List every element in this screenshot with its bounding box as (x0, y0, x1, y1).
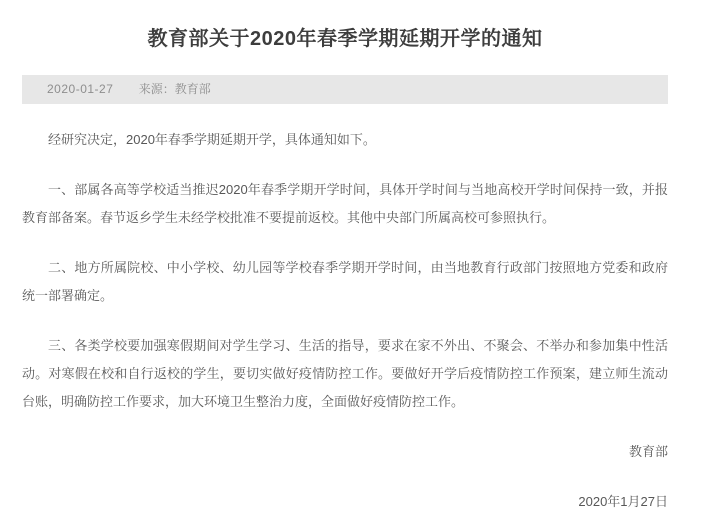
notice-article: 教育部关于2020年春季学期延期开学的通知 2020-01-27 来源：教育部 … (22, 0, 668, 514)
signature: 教育部 (22, 438, 668, 466)
item-1-paragraph: 一、部属各高等学校适当推迟2020年春季学期开学时间，具体开学时间与当地高校开学… (22, 176, 668, 232)
signature-date: 2020年1月27日 (22, 488, 668, 514)
article-body: 经研究决定，2020年春季学期延期开学，具体通知如下。 一、部属各高等学校适当推… (22, 126, 668, 514)
intro-paragraph: 经研究决定，2020年春季学期延期开学，具体通知如下。 (22, 126, 668, 154)
source-label: 来源：教育部 (139, 82, 211, 96)
item-3-paragraph: 三、各类学校要加强寒假期间对学生学习、生活的指导，要求在家不外出、不聚会、不举办… (22, 332, 668, 416)
publish-date: 2020-01-27 (47, 82, 113, 96)
meta-bar: 2020-01-27 来源：教育部 (22, 75, 668, 104)
item-2-paragraph: 二、地方所属院校、中小学校、幼儿园等学校春季学期开学时间，由当地教育行政部门按照… (22, 254, 668, 310)
page-title: 教育部关于2020年春季学期延期开学的通知 (22, 0, 668, 52)
